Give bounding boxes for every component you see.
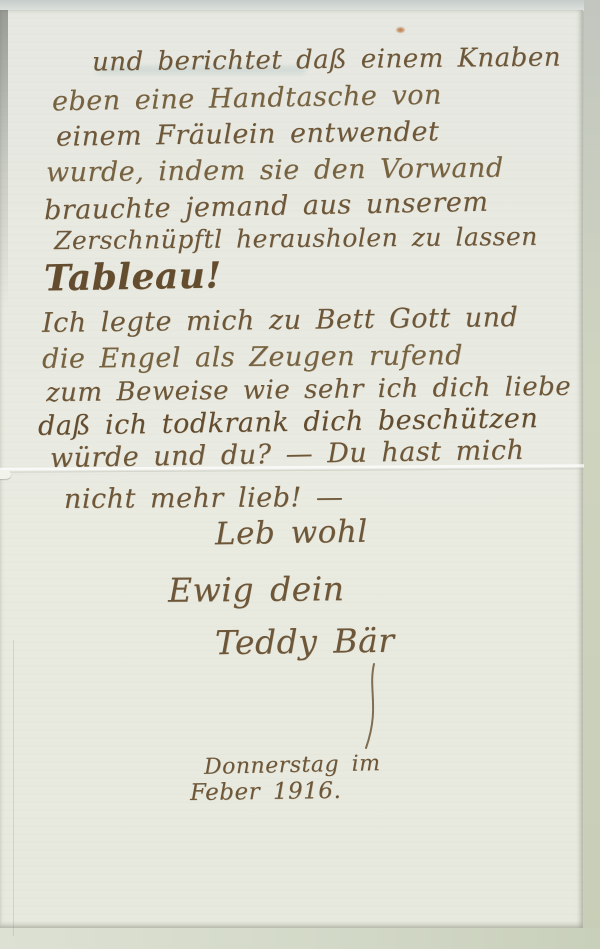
scan-backdrop-bottom — [0, 928, 600, 949]
signature-descender-stroke — [360, 662, 384, 752]
closing-line: Leb wohl — [215, 515, 368, 552]
handwriting-line: eben eine Handtasche von — [52, 81, 442, 117]
scanned-letter-photo: und berichtet daß einem Knaben eben eine… — [0, 0, 600, 949]
handwriting-line: und berichtet daß einem Knaben — [92, 44, 561, 78]
signature: Teddy Bär — [215, 623, 395, 662]
paper-fold-line — [13, 640, 14, 936]
valediction-line: Ewig dein — [168, 571, 345, 609]
handwriting-line: Ich legte mich zu Bett Gott und — [42, 303, 519, 339]
handwriting-line: einem Fräulein entwendet — [56, 117, 440, 152]
handwriting-line: die Engel als Zeugen rufend — [42, 341, 463, 374]
handwriting-line: nicht mehr lieb! — — [64, 483, 344, 515]
handwriting-line: zum Beweise wie sehr ich dich liebe — [46, 373, 571, 408]
letter-paper: und berichtet daß einem Knaben eben eine… — [0, 10, 583, 928]
paper-darkened-edge — [0, 10, 8, 310]
handwriting-line-tableau: Tableau! — [44, 256, 222, 299]
scan-backdrop-right — [584, 0, 600, 949]
handwriting-line: brauchte jemand aus unserem — [44, 188, 489, 226]
date-line-day: Donnerstag im — [204, 752, 381, 780]
date-line-month-year: Feber 1916. — [190, 779, 342, 806]
foxing-spot — [396, 27, 405, 33]
fold-crease-notch — [0, 470, 11, 479]
handwriting-line: Zerschnüpftl herausholen zu lassen — [54, 223, 538, 255]
handwriting-line: wurde, indem sie den Vorwand — [46, 154, 504, 188]
